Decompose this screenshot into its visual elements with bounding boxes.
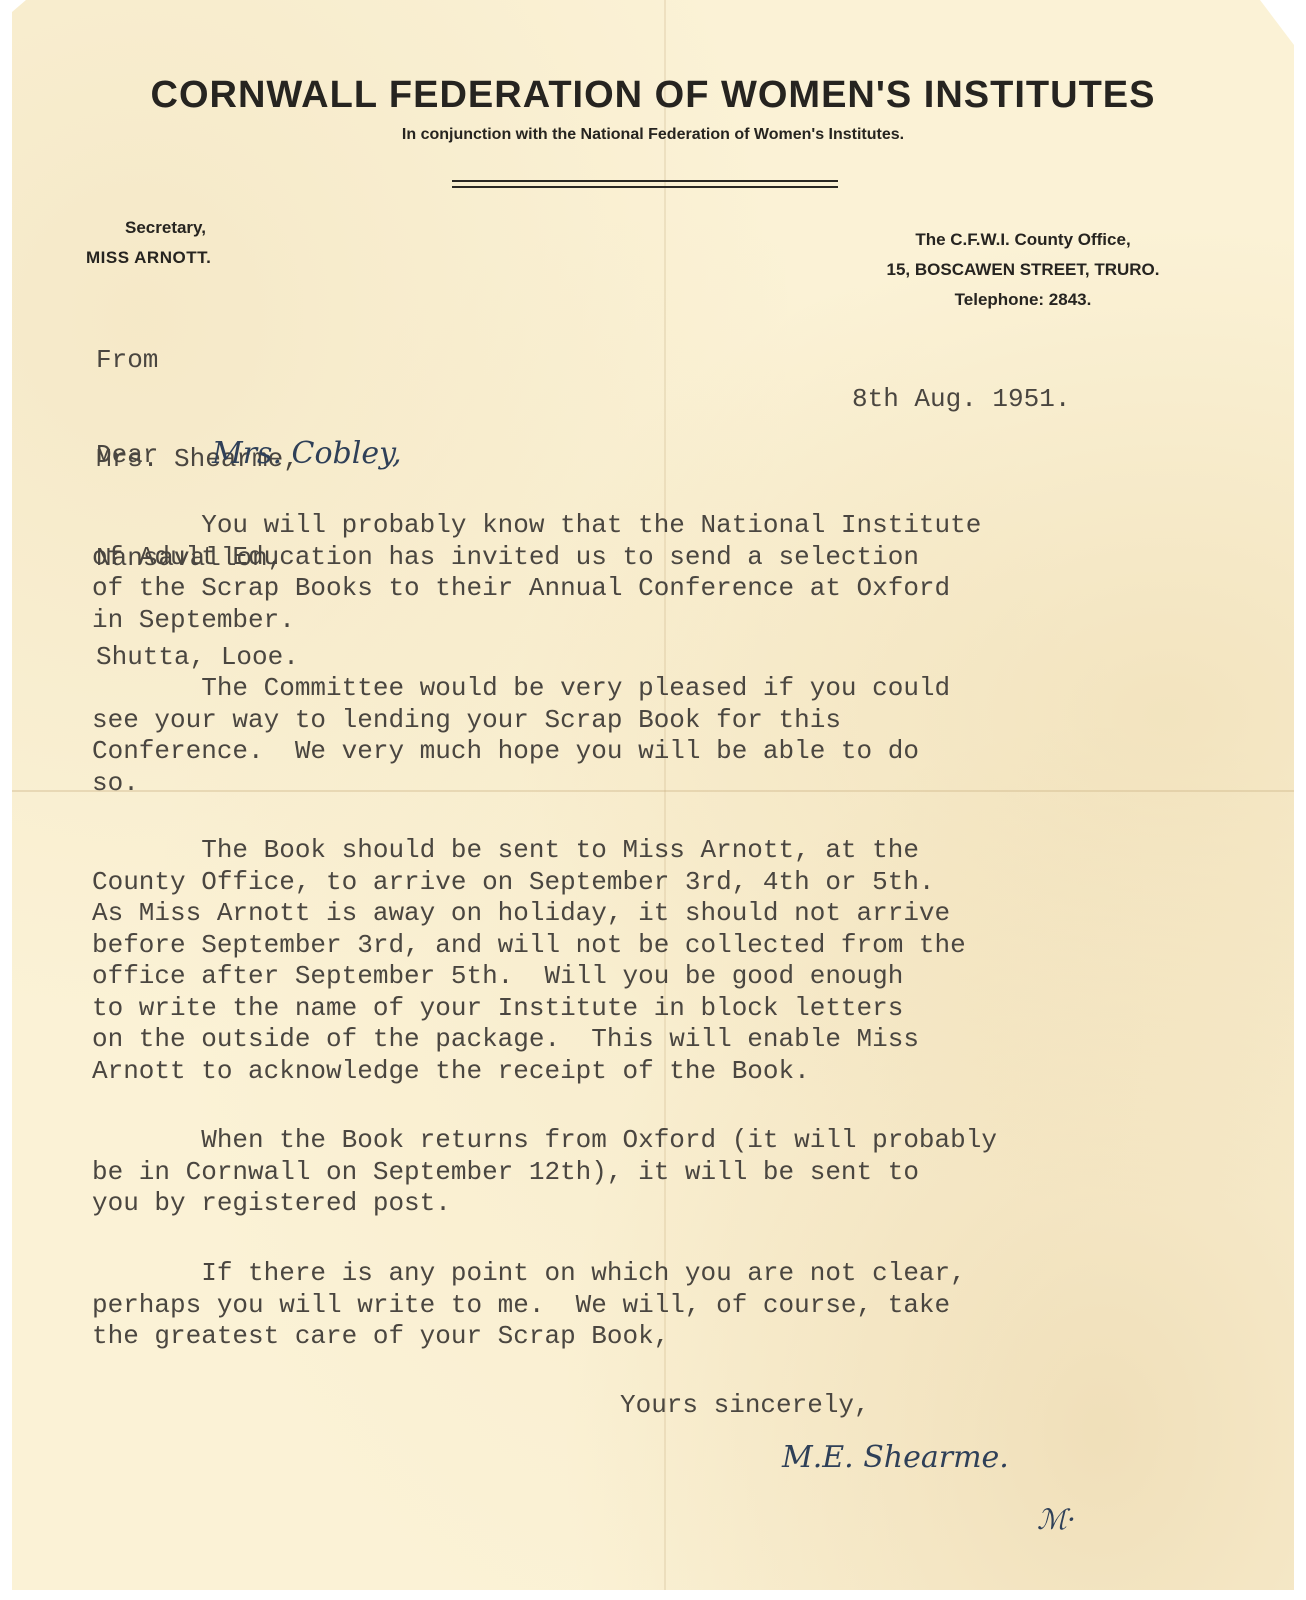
body-paragraph-2: The Committee would be very pleased if y…: [92, 673, 950, 799]
initial-mark: ℳ·: [1037, 1503, 1076, 1536]
body-paragraph-5: If there is any point on which you are n…: [92, 1258, 966, 1353]
signature: M.E. Shearme.: [782, 1440, 1009, 1475]
secretary-label: Secretary,: [125, 218, 206, 238]
letter-paper: CORNWALL FEDERATION OF WOMEN'S INSTITUTE…: [12, 0, 1294, 1590]
sender-town: Shutta, Looe.: [96, 641, 299, 674]
letterhead-title: CORNWALL FEDERATION OF WOMEN'S INSTITUTE…: [12, 74, 1294, 117]
office-name: The C.F.W.I. County Office,: [838, 225, 1208, 255]
sender-from: From: [96, 344, 299, 377]
office-street: 15, BOSCAWEN STREET, TRURO.: [838, 255, 1208, 285]
body-paragraph-4: When the Book returns from Oxford (it wi…: [92, 1125, 997, 1220]
secretary-name: MISS ARNOTT.: [86, 248, 211, 268]
valediction: Yours sincerely,: [620, 1390, 870, 1420]
letterhead-rule-bottom: [452, 186, 838, 188]
office-telephone: Telephone: 2843.: [838, 285, 1208, 315]
letterhead-subtitle: In conjunction with the National Federat…: [12, 126, 1294, 144]
letter-date: 8th Aug. 1951.: [852, 384, 1070, 414]
office-address: The C.F.W.I. County Office, 15, BOSCAWEN…: [838, 225, 1208, 315]
salutation-typed: Dear: [96, 440, 158, 470]
salutation-handwritten: Mrs. Cobley,: [212, 436, 402, 471]
letterhead-rule-top: [452, 180, 838, 182]
body-paragraph-3: The Book should be sent to Miss Arnott, …: [92, 835, 966, 1087]
body-paragraph-1: You will probably know that the National…: [92, 510, 981, 636]
sender-address: From Mrs. Shearme, Nansavallon, Shutta, …: [96, 278, 299, 740]
